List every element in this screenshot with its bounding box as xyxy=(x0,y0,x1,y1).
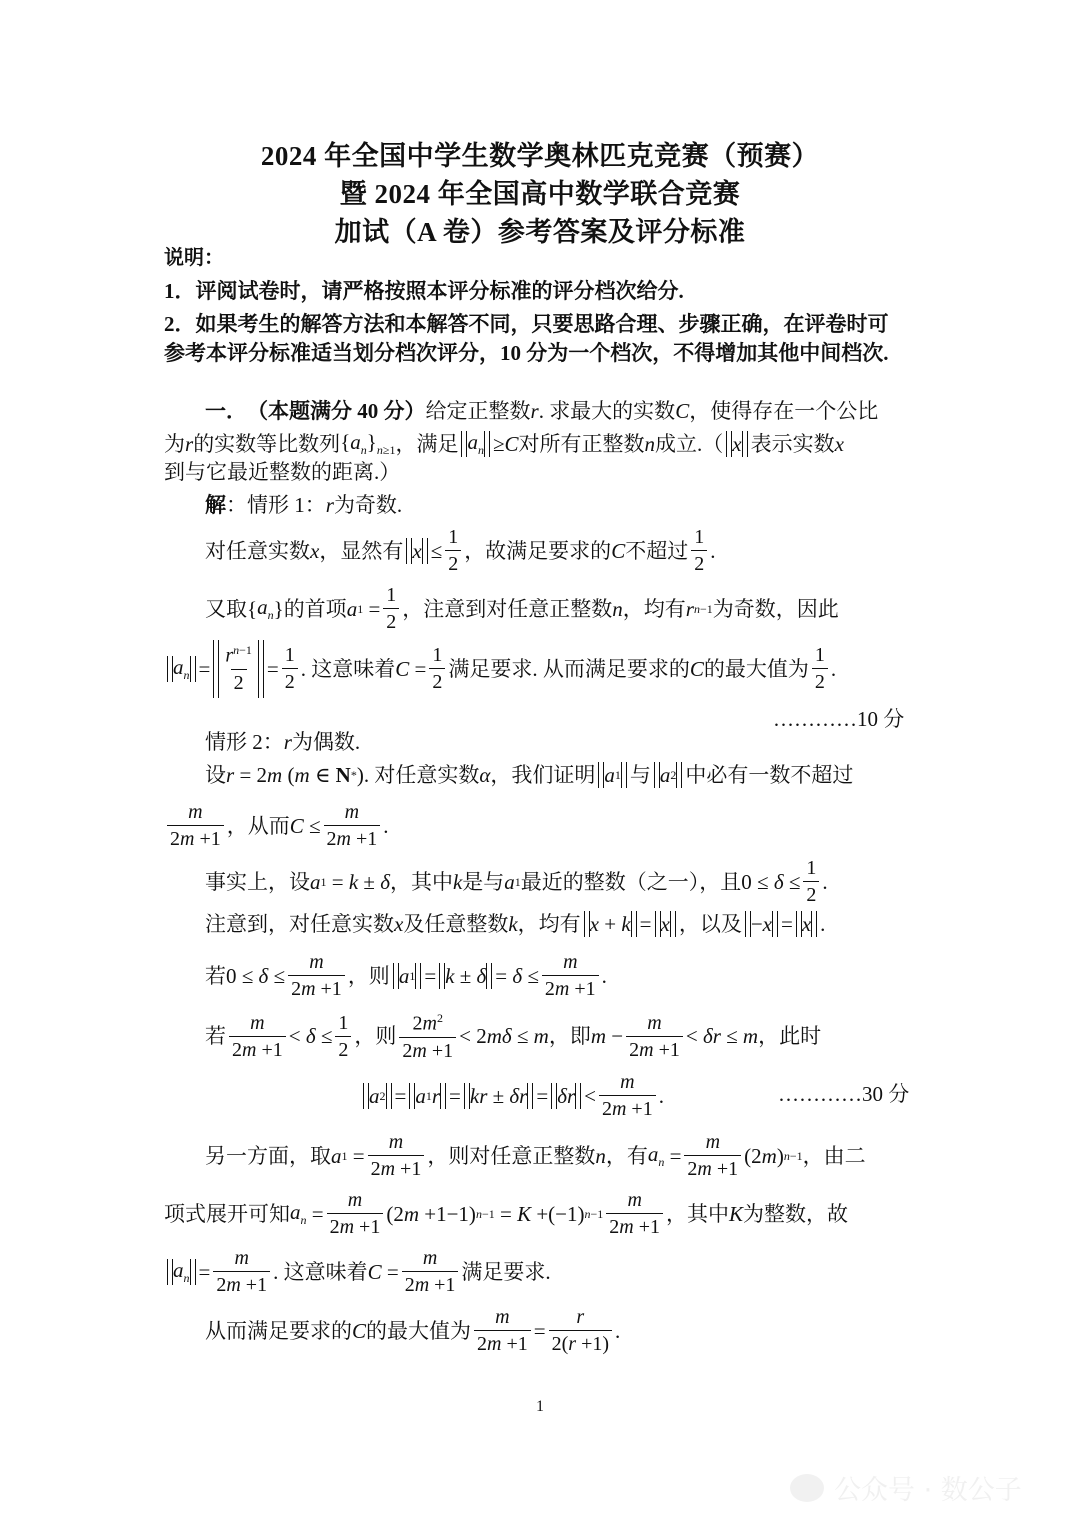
text: 表示实数 xyxy=(751,434,835,455)
text: 为奇数. xyxy=(334,495,402,516)
fraction-m-over-2m1: m2m +1 xyxy=(288,952,345,1000)
text: ，我们证明 xyxy=(490,765,595,786)
text: ，从而 xyxy=(227,816,290,837)
norm-an: an xyxy=(167,1259,196,1285)
text: 满足要求. xyxy=(461,1262,550,1283)
text: 及任意整数 xyxy=(403,914,508,935)
fraction-m-over-2m1: m2m +1 xyxy=(324,802,381,850)
problem-line-1: 一． （本题满分 40 分） 给定正整数r . 求最大的实数C ，使得存在一个公… xyxy=(205,401,878,422)
norm-a2: a2 xyxy=(654,762,683,788)
text: ，均有 xyxy=(623,599,686,620)
norm-r-power-over-2: rn−12 xyxy=(213,640,264,698)
solution-p7: 注意到，对任意实数x 及任意整数k ，均有 x + k= x ，以及 −x= x… xyxy=(205,911,825,937)
text: 对任意实数 xyxy=(205,541,310,562)
text: 是与 xyxy=(462,872,504,893)
var-C: C xyxy=(675,401,689,422)
norm-x: x xyxy=(726,431,747,457)
fraction-m-over-2m1: m2m +1 xyxy=(606,1190,663,1238)
var-r: r xyxy=(284,732,292,753)
text: 从而满足要求的 xyxy=(205,1321,352,1342)
text: 不超过 xyxy=(625,541,688,562)
solution-case1-heading: 解 ：情形 1：r 为奇数. xyxy=(205,495,402,516)
text: 事实上，设 xyxy=(205,872,310,893)
text: 设 xyxy=(205,765,226,786)
title-line-3: 加试（A 卷）参考答案及评分标准 xyxy=(0,210,1080,249)
text: ，故满足要求的 xyxy=(464,541,611,562)
sequence-notation: {an}n≥1 xyxy=(340,432,395,456)
fraction-half: 12 xyxy=(691,527,707,575)
fraction-m-over-2m1: m2m +1 xyxy=(229,1013,286,1061)
fraction-half: 12 xyxy=(445,527,461,575)
title-line-2: 暨 2024 年全国高中数学联合竞赛 xyxy=(0,172,1080,211)
text: 的首项 xyxy=(284,599,347,620)
fraction-half: 12 xyxy=(282,645,298,693)
text: ，均有 xyxy=(518,914,581,935)
text: 中必有一数不超过 xyxy=(685,765,853,786)
solution-p8: 若0 ≤ δ ≤ m2m +1 ，则 a1= k ± δ= δ ≤ m2m +1… xyxy=(205,952,607,1000)
text: 最近的整数（之一），且 xyxy=(521,872,742,893)
wechat-icon xyxy=(790,1474,824,1502)
text: 又取 xyxy=(205,599,247,620)
fraction-m-over-2m1: m2m +1 xyxy=(368,1132,425,1180)
text: ，其中 xyxy=(390,872,453,893)
fraction-m-over-2m1: m2m +1 xyxy=(167,802,224,850)
instruction-2: 2．如果考生的解答方法和本解答不同，只要思路合理、步骤正确，在评卷时可 xyxy=(164,314,889,335)
text: ，此时 xyxy=(758,1026,821,1047)
text: ，满足 xyxy=(395,434,458,455)
score-marker-10: …………10 分 xyxy=(773,703,904,733)
text: 为整数，故 xyxy=(743,1204,848,1225)
page-number: 1 xyxy=(0,1398,1080,1416)
text: 成立.（ xyxy=(655,434,723,455)
fraction-m-over-2m1: m2m +1 xyxy=(327,1190,384,1238)
solution-p9: 若 m2m +1< δ ≤ 12 ，则 2m22m +1< 2mδ ≤ m ，即… xyxy=(205,1012,821,1062)
norm-a2: a2 xyxy=(363,1083,392,1109)
fraction-r-over-2r1: r2(r +1) xyxy=(549,1307,612,1355)
text: 满足要求. 从而满足要求的 xyxy=(448,659,690,680)
instructions-label: 说明： xyxy=(164,248,224,268)
text: ，使得存在一个公比 xyxy=(689,401,878,422)
text: ，其中 xyxy=(666,1204,729,1225)
text: ，即 xyxy=(549,1026,591,1047)
var-K: K xyxy=(729,1204,743,1225)
norm-x: x xyxy=(796,911,817,937)
text: ，则 xyxy=(354,1026,396,1047)
fraction-m-over-2m1: m2m +1 xyxy=(599,1072,656,1120)
instruction-3: 参考本评分标准适当划分档次评分，10 分为一个档次，不得增加其他中间档次. xyxy=(164,343,889,364)
var-alpha: α xyxy=(479,765,490,786)
var-C: C xyxy=(611,541,625,562)
solution-p10: 另一方面，取a1 = m2m +1 ，则对任意正整数n ，有an = m2m +… xyxy=(205,1132,866,1180)
norm-x: x xyxy=(655,911,676,937)
problem-line-3: 到与它最近整数的距离.） xyxy=(164,462,400,483)
fraction-half: 12 xyxy=(812,645,828,693)
text: ，以及 xyxy=(679,914,742,935)
norm-an: an xyxy=(167,656,196,682)
text: 给定正整数 xyxy=(426,401,531,422)
problem-number: 一． xyxy=(205,401,247,422)
fraction-half: 12 xyxy=(335,1013,351,1061)
fraction-m-over-2m1: m2m +1 xyxy=(474,1307,531,1355)
text: 若 xyxy=(205,1026,226,1047)
text: ，由二 xyxy=(803,1146,866,1167)
solution-p2: 又取{an} 的首项a1 = 12 ，注意到对任意正整数n ，均有rn−1 为奇… xyxy=(205,585,839,633)
problem-points: （本题满分 40 分） xyxy=(247,401,426,422)
norm-x-plus-k: x + k xyxy=(584,911,637,937)
var-k: k xyxy=(453,872,462,893)
fraction-m-over-2m1: m2m +1 xyxy=(684,1132,741,1180)
text: 情形 2： xyxy=(205,732,284,753)
fraction-half: 12 xyxy=(803,858,819,906)
text: ，显然有 xyxy=(319,541,403,562)
fraction-half: 12 xyxy=(429,645,445,693)
var-k: k xyxy=(508,914,517,935)
text: 项式展开可知 xyxy=(164,1204,290,1225)
text: . 这意味着 xyxy=(301,659,396,680)
solution-p3: an= rn−12= 12 . 这意味着C = 12 满足要求. 从而满足要求的… xyxy=(164,640,836,698)
watermark: 公众号 · 数公子 xyxy=(790,1468,1022,1507)
fraction-2m2-over-2m1: 2m22m +1 xyxy=(399,1012,456,1062)
norm-dr: δr xyxy=(551,1083,581,1109)
var-x: x xyxy=(835,434,844,455)
solution-p6: 事实上，设a1 = k ± δ ，其中k 是与a1 最近的整数（之一），且0 ≤… xyxy=(205,858,828,906)
text: 的最大值为 xyxy=(704,659,809,680)
var-x: x xyxy=(310,541,319,562)
fraction-m-over-2m1: m2m +1 xyxy=(542,952,599,1000)
text: ，有 xyxy=(606,1146,648,1167)
solution-p12: an= m2m +1 . 这意味着C = m2m +1 满足要求. xyxy=(164,1248,551,1296)
document-page: 2024 年全国中学生数学奥林匹克竞赛（预赛） 暨 2024 年全国高中数学联合… xyxy=(0,0,1080,1527)
var-x: x xyxy=(394,914,403,935)
var-n: n xyxy=(645,434,656,455)
text: 为奇数，因此 xyxy=(713,599,839,620)
var-n: n xyxy=(612,599,623,620)
text: 的最大值为 xyxy=(366,1321,471,1342)
solution-label: 解 xyxy=(205,495,226,516)
solution-case2-heading: 情形 2：r 为偶数. xyxy=(205,732,360,753)
norm-x: x xyxy=(406,538,427,564)
instruction-1: 1．评阅试卷时，请严格按照本评分标准的评分档次给分. xyxy=(164,281,684,302)
score-marker-30: …………30 分 xyxy=(778,1078,909,1108)
text: 的实数等比数列 xyxy=(193,434,340,455)
text: ，则对任意正整数 xyxy=(427,1146,595,1167)
solution-p13: 从而满足要求的C 的最大值为 m2m +1= r2(r +1). xyxy=(205,1307,620,1355)
title-line-1: 2024 年全国中学生数学奥林匹克竞赛（预赛） xyxy=(0,134,1080,173)
text: ，则 xyxy=(348,966,390,987)
text: 为偶数. xyxy=(292,732,360,753)
text: 若 xyxy=(205,966,226,987)
fraction-m-over-2m1: m2m +1 xyxy=(402,1248,459,1296)
fraction-half: 12 xyxy=(383,585,399,633)
norm-neg-x: −x xyxy=(745,911,778,937)
problem-line-2: 为r 的实数等比数列 {an}n≥1 ，满足 an≥C 对所有正整数n 成立.（… xyxy=(164,431,844,457)
solution-p11: 项式展开可知an = m2m +1(2m +1−1)n−1 = K +(−1)n… xyxy=(164,1190,848,1238)
text: 与 xyxy=(630,765,651,786)
text: 另一方面，取 xyxy=(205,1146,331,1167)
fraction-m-over-2m1: m2m +1 xyxy=(626,1013,683,1061)
solution-p1: 对任意实数x ，显然有 x≤ 12 ，故满足要求的C 不超过 12. xyxy=(205,527,715,575)
norm-k-pm-delta: k ± δ xyxy=(439,963,492,989)
var-r: r xyxy=(185,434,193,455)
text: . 这意味着 xyxy=(273,1262,368,1283)
text: 对所有正整数 xyxy=(519,434,645,455)
norm-an: an xyxy=(461,431,490,457)
text: 为 xyxy=(164,434,185,455)
var-C: C xyxy=(505,434,519,455)
text: 注意到，对任意实数 xyxy=(205,914,394,935)
norm-a1: a1 xyxy=(393,963,422,989)
var-n: n xyxy=(595,1146,606,1167)
text: . 对任意实数 xyxy=(364,765,480,786)
var-r: r xyxy=(326,495,334,516)
var-r: r xyxy=(531,401,539,422)
fraction-m-over-2m1: m2m +1 xyxy=(213,1248,270,1296)
solution-p9-equation: a2= a1r= kr ± δr= δr< m2m +1. xyxy=(360,1072,664,1120)
solution-p4: 设r = 2m (m ∈ N*) . 对任意实数α ，我们证明 a1 与 a2 … xyxy=(205,762,853,788)
norm-a1r: a1r xyxy=(409,1083,446,1109)
norm-a1: a1 xyxy=(598,762,627,788)
norm-kr-pm-dr: kr ± δr xyxy=(464,1083,533,1109)
watermark-text: 公众号 · 数公子 xyxy=(834,1468,1022,1507)
text: ：情形 1： xyxy=(226,495,326,516)
text: . 求最大的实数 xyxy=(539,401,676,422)
text: ，注意到对任意正整数 xyxy=(402,599,612,620)
solution-p5: m2m +1 ，从而C ≤ m2m +1. xyxy=(164,802,389,850)
